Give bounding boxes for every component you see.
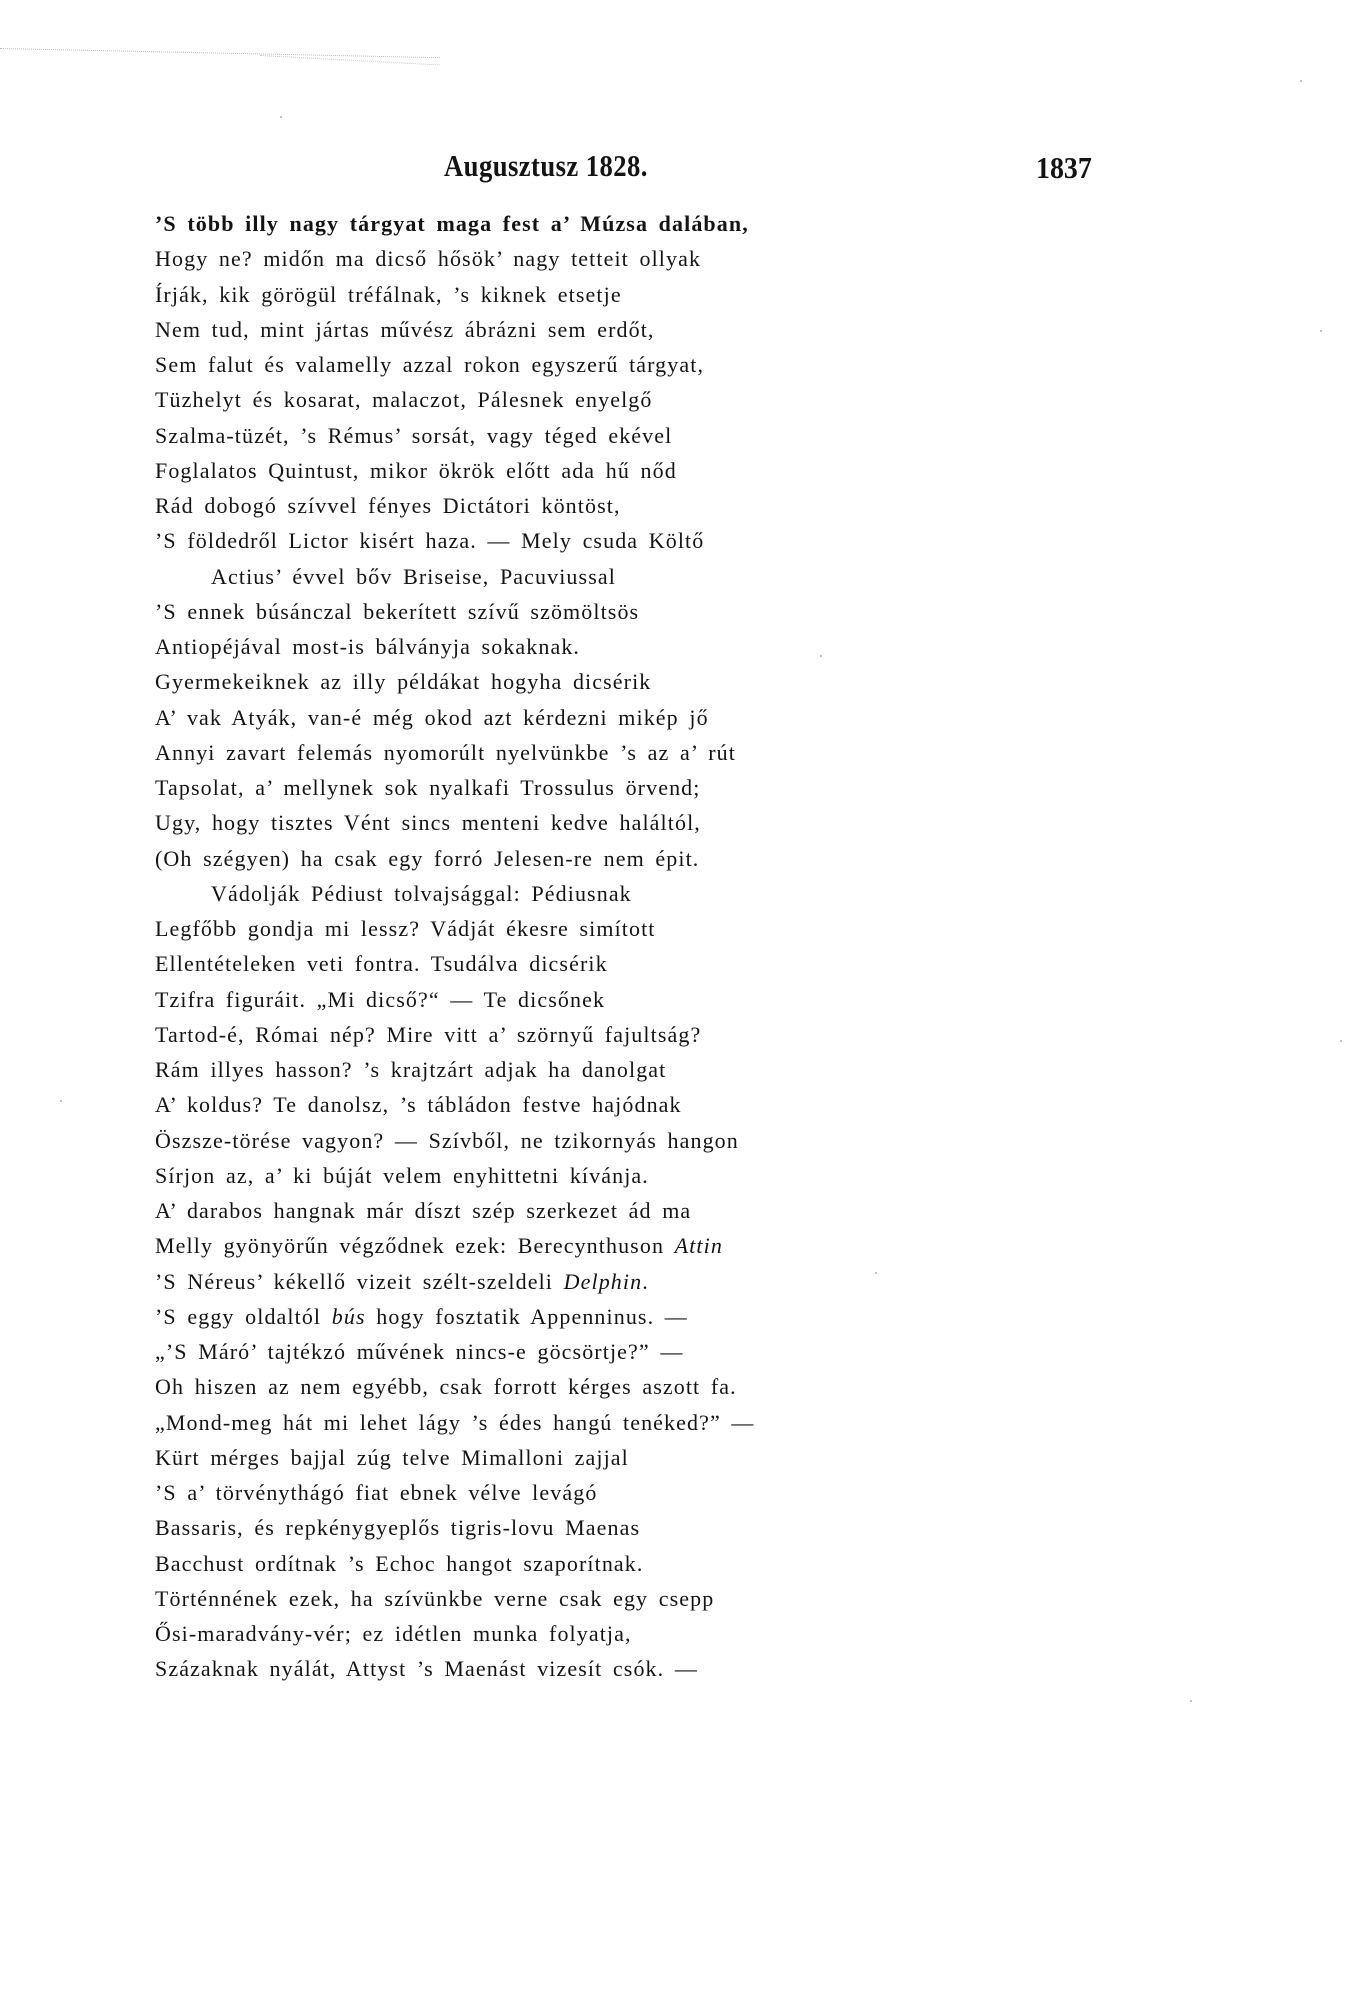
verse-line: Tüzhelyt és kosarat, malaczot, Pálesnek … (155, 382, 1155, 417)
verse-line: ’S földedről Lictor kisért haza. — Mely … (155, 523, 1155, 558)
verse-line: Írják, kik görögül tréfálnak, ’s kiknek … (155, 277, 1155, 312)
verse-line: „Mond-meg hát mi lehet lágy ’s édes hang… (155, 1405, 1155, 1440)
verse-line: Nem tud, mint jártas művész ábrázni sem … (155, 312, 1155, 347)
verse-line: Foglalatos Quintust, mikor ökrök előtt a… (155, 453, 1155, 488)
verse-line: A’ koldus? Te danolsz, ’s tábládon festv… (155, 1087, 1155, 1122)
verse-line: ’S ennek búsánczal bekerített szívű szöm… (155, 594, 1155, 629)
verse-line: Antiopéjával most-is bálványja sokaknak. (155, 629, 1155, 664)
verse-line: Szalma-tüzét, ’s Rémus’ sorsát, vagy tég… (155, 418, 1155, 453)
verse-line: Melly gyönyörűn végződnek ezek: Berecynt… (155, 1228, 1155, 1263)
verse-line: Legfőbb gondja mi lessz? Vádját ékesre s… (155, 911, 1155, 946)
page-number: 1837 (1036, 150, 1092, 186)
verse-line: Rám illyes hasson? ’s krajtzárt adjak ha… (155, 1052, 1155, 1087)
verse-line: Bacchust ordítnak ’s Echoc hangot szapor… (155, 1546, 1155, 1581)
verse-line: Ellentételeken veti fontra. Tsudálva dic… (155, 946, 1155, 981)
verse-line: Tzifra figuráit. „Mi dicső?“ — Te dicsőn… (155, 982, 1155, 1017)
verse-line: A’ darabos hangnak már díszt szép szerke… (155, 1193, 1155, 1228)
verse-text: . (642, 1269, 649, 1294)
verse-line: Rád dobogó szívvel fényes Dictátori könt… (155, 488, 1155, 523)
scan-speck (1300, 80, 1302, 82)
verse-line: Gyermekeiknek az illy példákat hogyha di… (155, 664, 1155, 699)
verse-line: Tartod-é, Római nép? Mire vitt a’ szörny… (155, 1017, 1155, 1052)
verse-line: Sem falut és valamelly azzal rokon egysz… (155, 347, 1155, 382)
verse-line: Történnének ezek, ha szívünkbe verne csa… (155, 1581, 1155, 1616)
poem-text: ’S több illy nagy tárgyat maga fest a’ M… (155, 206, 1155, 1687)
scan-speck (1340, 1040, 1342, 1042)
scan-speck (280, 116, 282, 118)
verse-text: Melly gyönyörűn végződnek ezek: Berecynt… (155, 1233, 675, 1258)
verse-line: Öszsze-törése vagyon? — Szívből, ne tzik… (155, 1123, 1155, 1158)
verse-line: Annyi zavart felemás nyomorúlt nyelvünkb… (155, 735, 1155, 770)
scan-speck (1320, 330, 1322, 332)
scan-speck (60, 1100, 62, 1102)
verse-line: Ugy, hogy tisztes Vént sincs menteni ked… (155, 805, 1155, 840)
verse-line: Sírjon az, a’ ki búját velem enyhittetni… (155, 1158, 1155, 1193)
running-head: Augusztusz 1828. (444, 148, 648, 184)
verse-line: ’S eggy oldaltól bús hogy fosztatik Appe… (155, 1299, 1155, 1334)
verse-line: Tapsolat, a’ mellynek sok nyalkafi Tross… (155, 770, 1155, 805)
verse-line: ’S több illy nagy tárgyat maga fest a’ M… (155, 206, 1155, 241)
italic-word: Attin (675, 1233, 723, 1258)
verse-line: Kürt mérges bajjal zúg telve Mimalloni z… (155, 1440, 1155, 1475)
scan-speck (875, 1272, 877, 1274)
verse-line: Bassaris, és repkénygyeplős tigris-lovu … (155, 1510, 1155, 1545)
verse-text: ’S Néreus’ kékellő vizeit szélt-szeldeli (155, 1269, 564, 1294)
verse-line-indented: Actius’ évvel bőv Briseise, Pacuviussal (155, 559, 1155, 594)
verse-line: (Oh szégyen) ha csak egy forró Jelesen-r… (155, 841, 1155, 876)
verse-line: A’ vak Atyák, van-é még okod azt kérdezn… (155, 700, 1155, 735)
verse-line: Oh hiszen az nem egyébb, csak forrott ké… (155, 1369, 1155, 1404)
verse-text: hogy fosztatik Appenninus. — (366, 1304, 688, 1329)
verse-line: Hogy ne? midőn ma dicső hősök’ nagy tett… (155, 241, 1155, 276)
scan-speck (1190, 1700, 1192, 1702)
verse-line-indented: Vádolják Pédiust tolvajsággal: Pédiusnak (155, 876, 1155, 911)
verse-text: ’S eggy oldaltól (155, 1304, 332, 1329)
italic-word: Delphin (564, 1269, 643, 1294)
italic-word: bús (332, 1304, 366, 1329)
verse-line: „’S Máró’ tajtékzó művének nincs-e göcsö… (155, 1334, 1155, 1369)
scan-artifact-line (0, 48, 440, 58)
scan-speck (820, 655, 822, 657)
verse-line: Százaknak nyálát, Attyst ’s Maenást vize… (155, 1651, 1155, 1686)
verse-line: Ősi-maradvány-vér; ez idétlen munka foly… (155, 1616, 1155, 1651)
verse-line: ’S a’ törvénythágó fiat ebnek vélve levá… (155, 1475, 1155, 1510)
verse-line: ’S Néreus’ kékellő vizeit szélt-szeldeli… (155, 1264, 1155, 1299)
